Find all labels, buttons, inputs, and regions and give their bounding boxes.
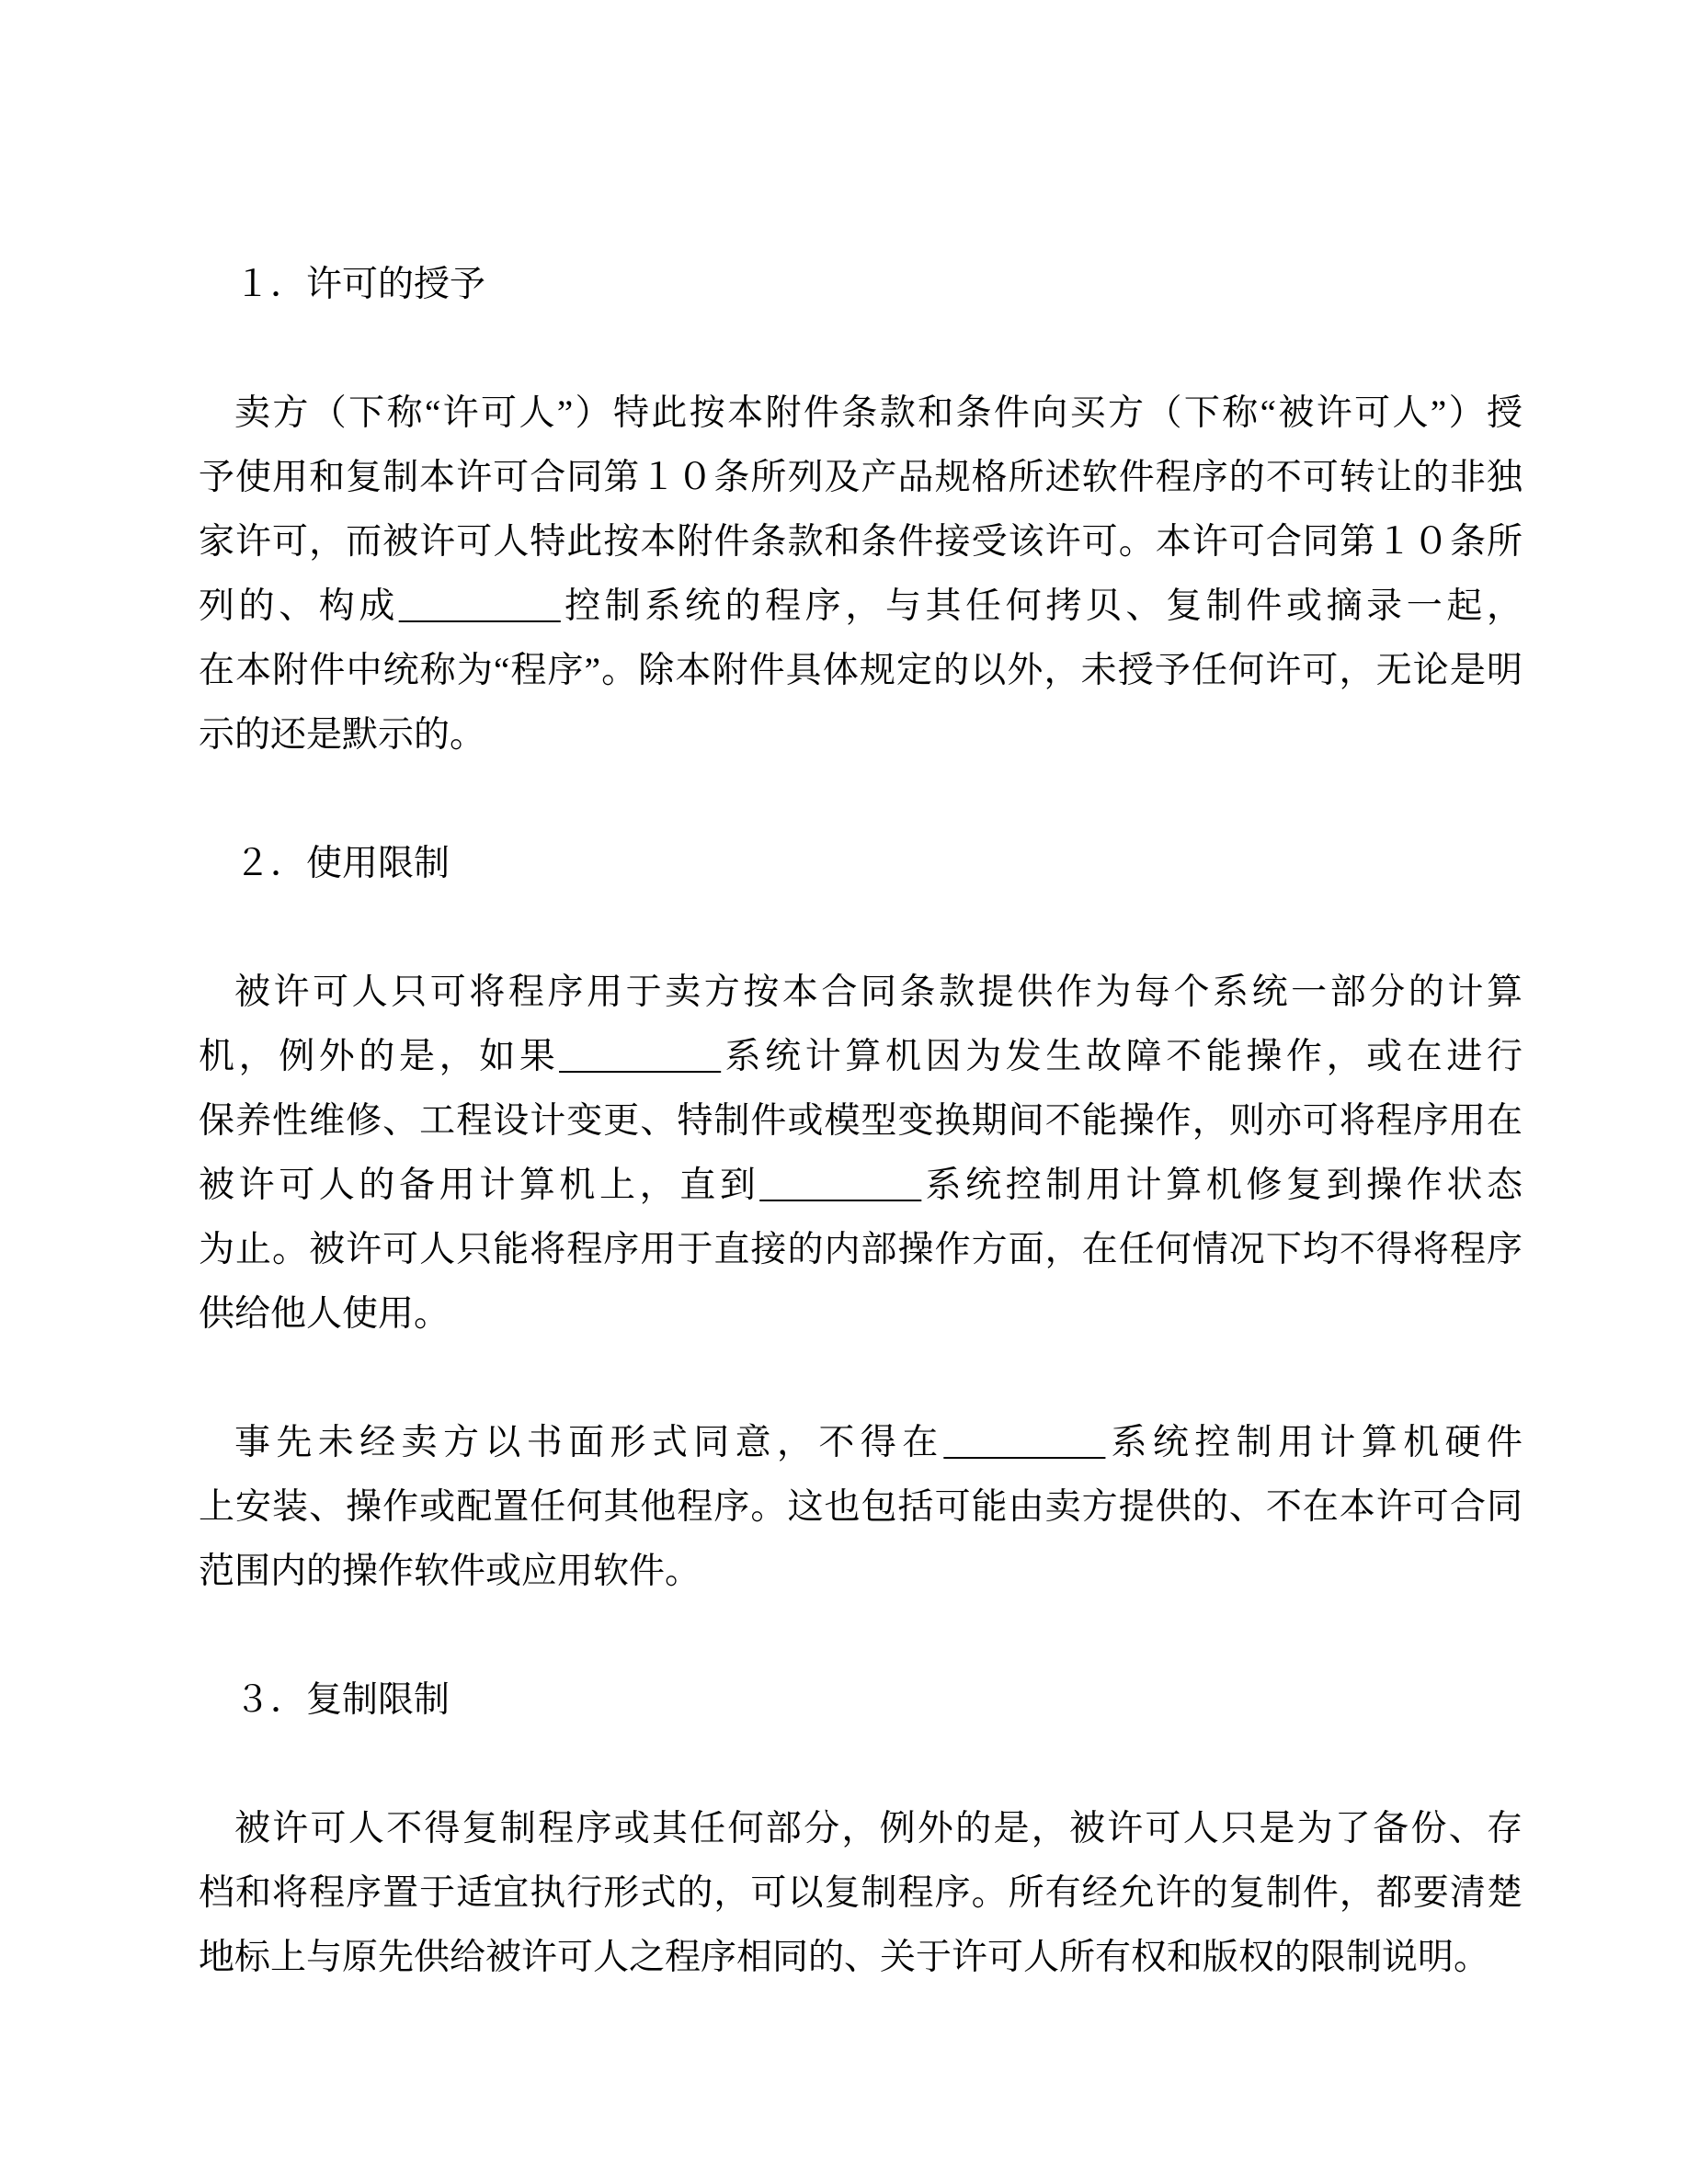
document-page: １．许可的授予卖方（下称“许可人”）特此按本附件条款和条件向买方（下称“被许可人… (0, 0, 1688, 2184)
text-line: 被许可人只可将程序用于卖方按本合同条款提供作为每个系统一部分的计算 (199, 961, 1523, 1025)
paragraph: 事先未经卖方以书面形式同意，不得在_________系统控制用计算机硬件上安装、… (199, 1411, 1523, 1604)
text-line: 被许可人不得复制程序或其任何部分，例外的是，被许可人只是为了备份、存 (199, 1797, 1523, 1861)
text-line: 保养性维修、工程设计变更、特制件或模型变换期间不能操作，则亦可将程序用在 (199, 1089, 1523, 1154)
text-line: 事先未经卖方以书面形式同意，不得在_________系统控制用计算机硬件 (199, 1411, 1523, 1475)
text-line: 供给他人使用。 (199, 1282, 1523, 1347)
section-heading: ３．复制限制 (199, 1668, 1523, 1733)
paragraph: 被许可人不得复制程序或其任何部分，例外的是，被许可人只是为了备份、存档和将程序置… (199, 1797, 1523, 1990)
text-line: 示的还是默示的。 (199, 703, 1523, 768)
text-line: 范围内的操作软件或应用软件。 (199, 1540, 1523, 1604)
paragraph: 被许可人只可将程序用于卖方按本合同条款提供作为每个系统一部分的计算机，例外的是，… (199, 961, 1523, 1347)
text-line: 上安装、操作或配置任何其他程序。这也包括可能由卖方提供的、不在本许可合同 (199, 1475, 1523, 1540)
section-heading: １．许可的授予 (199, 253, 1523, 317)
text-line: 机，例外的是，如果_________系统计算机因为发生故障不能操作，或在进行 (199, 1025, 1523, 1089)
text-line: 家许可，而被许可人特此按本附件条款和条件接受该许可。本许可合同第１０条所 (199, 510, 1523, 574)
text-line: 卖方（下称“许可人”）特此按本附件条款和条件向买方（下称“被许可人”）授 (199, 381, 1523, 446)
paragraph: 卖方（下称“许可人”）特此按本附件条款和条件向买方（下称“被许可人”）授予使用和… (199, 381, 1523, 768)
text-line: 予使用和复制本许可合同第１０条所列及产品规格所述软件程序的不可转让的非独 (199, 446, 1523, 510)
text-line: 列的、构成_________控制系统的程序，与其任何拷贝、复制件或摘录一起， (199, 574, 1523, 639)
text-line: 为止。被许可人只能将程序用于直接的内部操作方面，在任何情况下均不得将程序 (199, 1218, 1523, 1282)
document-body: １．许可的授予卖方（下称“许可人”）特此按本附件条款和条件向买方（下称“被许可人… (199, 253, 1523, 1990)
text-line: 在本附件中统称为“程序”。除本附件具体规定的以外，未授予任何许可，无论是明 (199, 639, 1523, 703)
text-line: 被许可人的备用计算机上，直到_________系统控制用计算机修复到操作状态 (199, 1154, 1523, 1218)
section-heading: ２．使用限制 (199, 832, 1523, 896)
text-line: 档和将程序置于适宜执行形式的，可以复制程序。所有经允许的复制件，都要清楚 (199, 1861, 1523, 1926)
text-line: 地标上与原先供给被许可人之程序相同的、关于许可人所有权和版权的限制说明。 (199, 1926, 1523, 1990)
